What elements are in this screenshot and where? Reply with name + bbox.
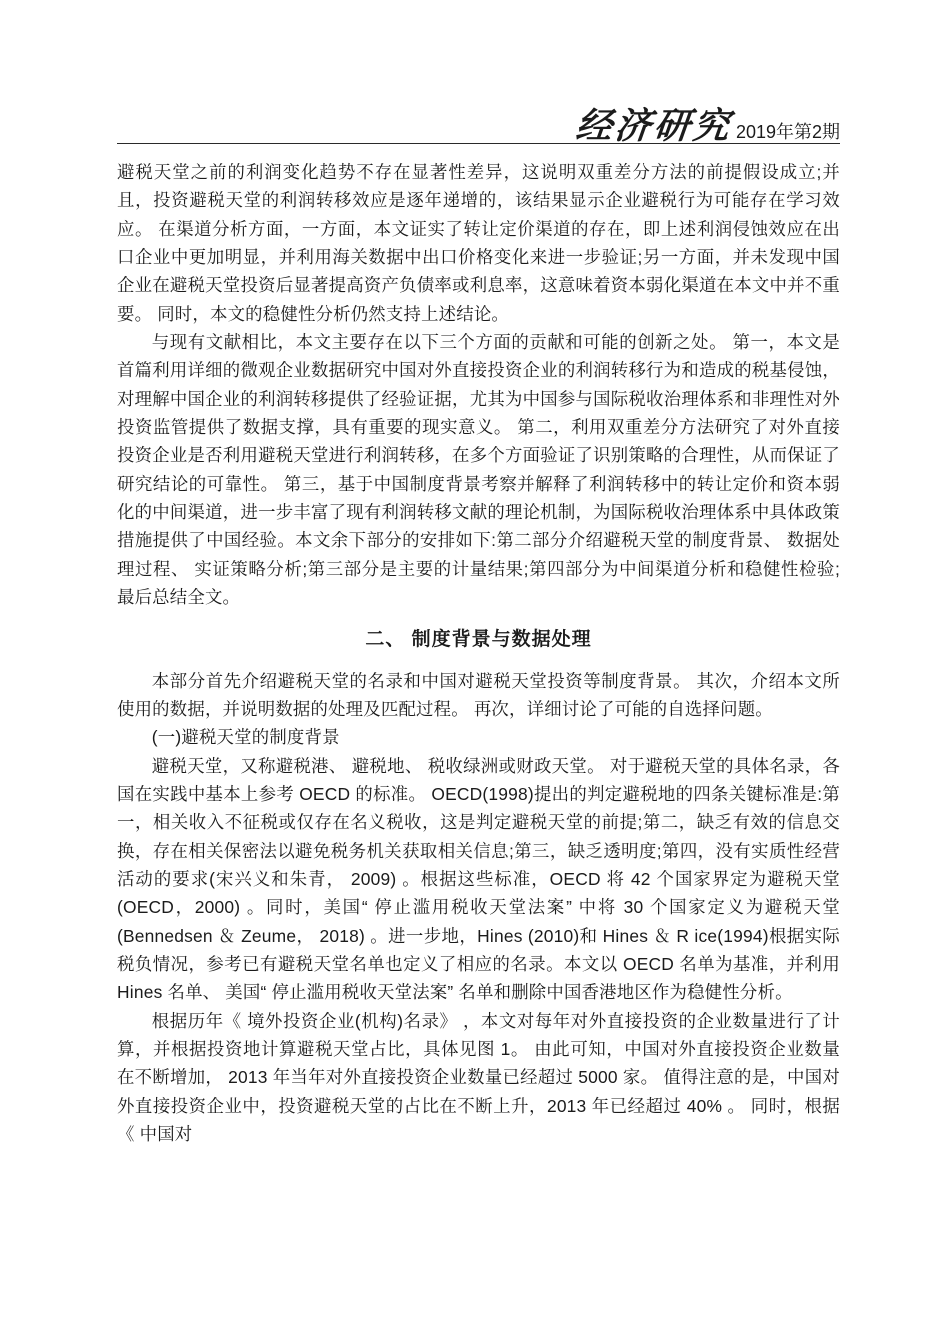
paragraph-contributions: 与现有文献相比，本文主要存在以下三个方面的贡献和可能的创新之处。 第一，本文是首… xyxy=(117,328,840,611)
paragraph-section-intro: 本部分首先介绍避税天堂的名录和中国对避税天堂投资等制度背景。 其次，介绍本文所使… xyxy=(117,667,840,724)
paragraph-investment-data: 根据历年《 境外投资企业(机构)名录》 ，本文对每年对外直接投资的企业数量进行了… xyxy=(117,1007,840,1149)
subsection-heading: (一)避税天堂的制度背景 xyxy=(117,723,840,751)
paragraph-tax-haven-definition: 避税天堂，又称避税港、 避税地、 税收绿洲或财政天堂。 对于避税天堂的具体名录，… xyxy=(117,752,840,1007)
header-divider xyxy=(117,143,840,144)
section-heading: 二、 制度背景与数据处理 xyxy=(117,625,840,655)
page-header: 经济研究 2019年第2期 xyxy=(117,100,840,144)
journal-logo: 经济研究 xyxy=(574,108,738,144)
issue-label: 2019年第2期 xyxy=(736,123,840,144)
paragraph-continuation: 避税天堂之前的利润变化趋势不存在显著性差异，这说明双重差分方法的前提假设成立;并… xyxy=(117,158,840,328)
article-body: 避税天堂之前的利润变化趋势不存在显著性差异，这说明双重差分方法的前提假设成立;并… xyxy=(117,158,840,1148)
journal-page: 经济研究 2019年第2期 避税天堂之前的利润变化趋势不存在显著性差异，这说明双… xyxy=(0,0,950,1344)
